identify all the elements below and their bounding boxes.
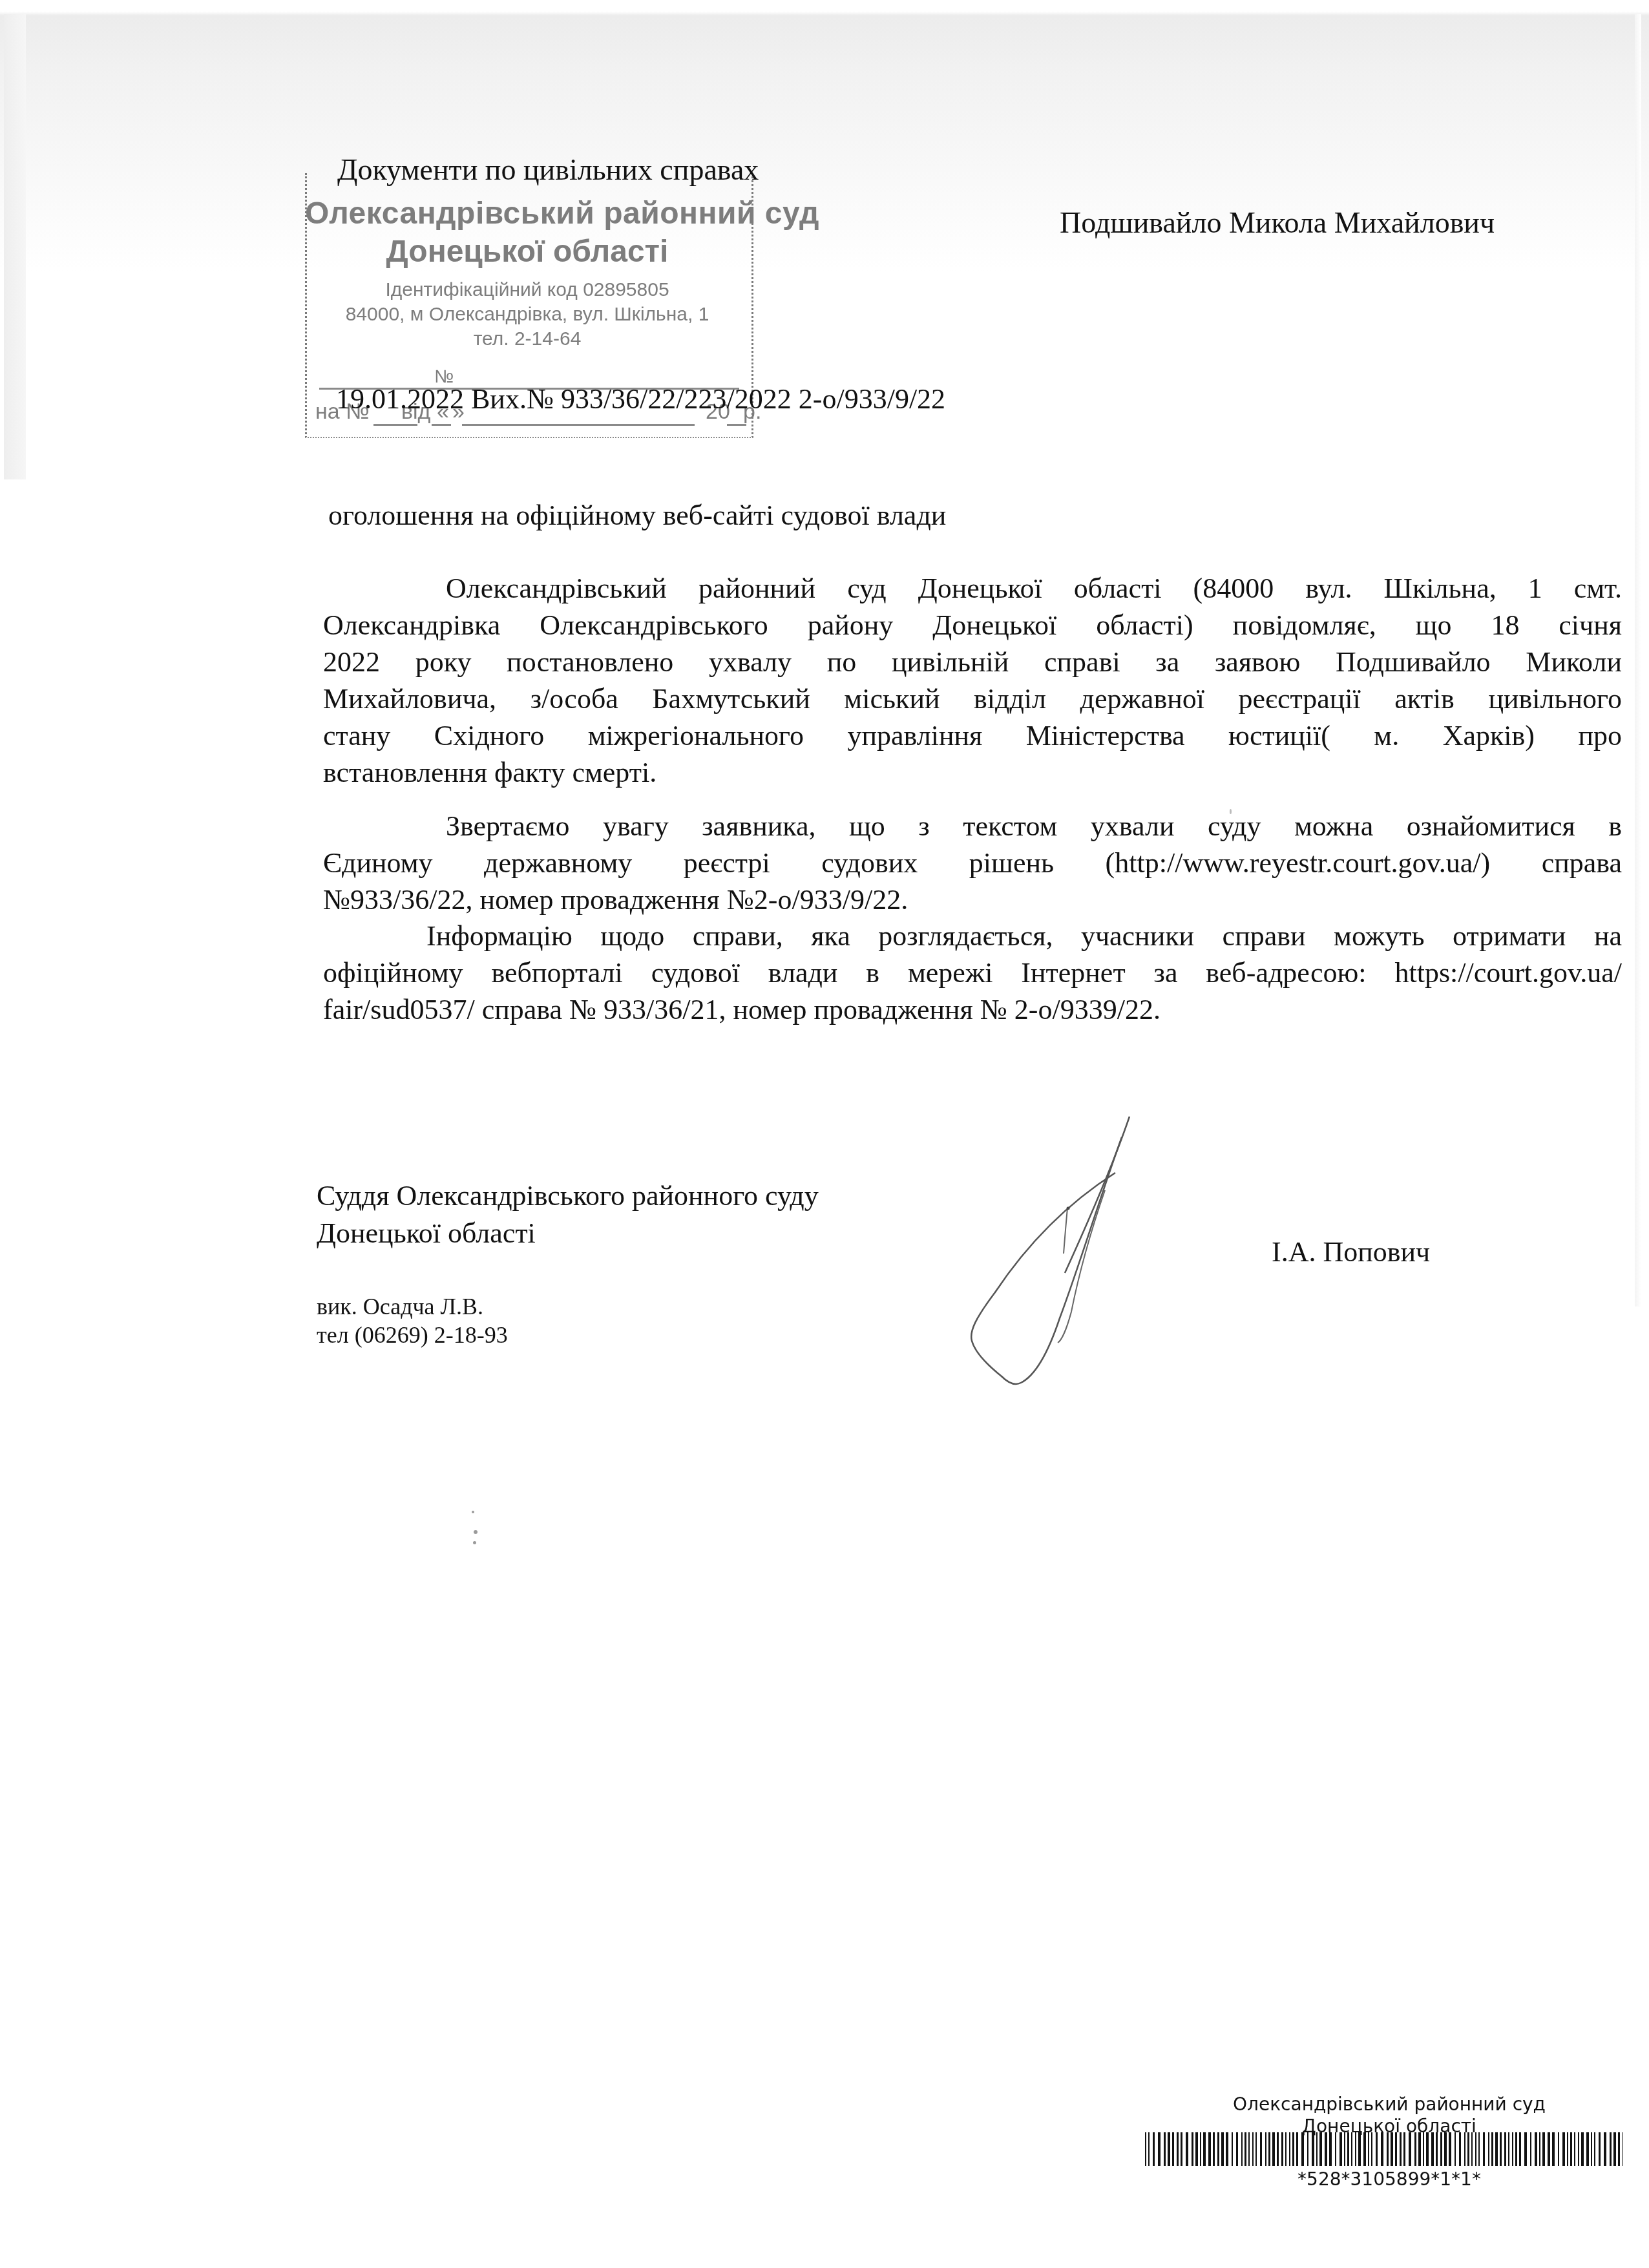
scan-speck [474, 1530, 478, 1534]
paragraph-line: встановлення факту смерті. [323, 754, 1622, 791]
paragraph-registry-notice: Звертаємо увагу заявника, що з текстом у… [323, 808, 1622, 918]
stamp-address: 84000, м Олександрівка, вул. Шкільна, 1 [305, 304, 750, 326]
judge-name: І.А. Попович [1272, 1235, 1430, 1268]
document-category: Документи по цивільних справах [337, 152, 759, 187]
scan-speck [473, 1541, 476, 1544]
judge-title-line: Донецької області [317, 1215, 819, 1252]
judge-title-line: Суддя Олександрівського районного суду [317, 1177, 819, 1215]
announcement-title: оголошення на офіційному веб-сайті судов… [328, 499, 946, 532]
stamp-day-underline [432, 424, 451, 426]
paragraph-line: Олександрівка Олександрівського району Д… [323, 607, 1622, 644]
outgoing-reference: 19.01.2022 Вих.№ 933/36/22/223/2022 2-о/… [336, 383, 945, 415]
paragraph-line: Михайловича, з/особа Бахмутський міський… [323, 680, 1622, 717]
paragraph-line: Звертаємо увагу заявника, що з текстом у… [323, 808, 1622, 845]
scan-speck [1230, 809, 1232, 814]
document-barcode [1145, 2132, 1623, 2166]
recipient-name: Подшивайло Микола Михайлович [1060, 205, 1495, 240]
paragraph-line: Єдиному державному реєстрі судових рішен… [323, 845, 1622, 881]
paragraph-line: Олександрівський районний суд Донецької … [323, 570, 1622, 607]
paragraph-line: стану Східного міжрегіонального управлін… [323, 717, 1622, 754]
judge-title: Суддя Олександрівського районного суду Д… [317, 1177, 819, 1252]
executor-phone: тел (06269) 2-18-93 [317, 1321, 508, 1349]
footer-court-name: Олександрівський районний суд [1137, 2094, 1641, 2115]
scan-speck [472, 1511, 474, 1513]
stamp-id-code: Ідентифікаційний код 02895805 [305, 279, 750, 301]
paragraph-line: 2022 року постановлено ухвалу по цивільн… [323, 644, 1622, 680]
stamp-region: Донецької області [305, 234, 750, 269]
barcode-value: *528*3105899*1*1* [1137, 2168, 1641, 2190]
paragraph-portal-info: Інформацію щодо справи, яка розглядаєтьс… [323, 918, 1622, 1028]
paragraph-decision-notice: Олександрівський районний суд Донецької … [323, 570, 1622, 791]
stamp-month-underline [462, 424, 695, 426]
stamp-phone: тел. 2-14-64 [305, 328, 750, 350]
paragraph-line: офіційному вебпорталі судової влади в ме… [323, 954, 1622, 991]
handwritten-signature [956, 1098, 1538, 1409]
executor-name: вик. Осадча Л.В. [317, 1292, 508, 1321]
paragraph-line: Інформацію щодо справи, яка розглядаєтьс… [323, 918, 1622, 954]
executor-contact: вик. Осадча Л.В. тел (06269) 2-18-93 [317, 1292, 508, 1349]
paragraph-line: fair/sud0537/ справа № 933/36/21, номер … [323, 991, 1622, 1028]
stamp-court-name: Олександрівський районний суд [305, 196, 750, 231]
paragraph-line: №933/36/22, номер провадження №2-о/933/9… [323, 881, 1622, 918]
scan-edge-shadow-left [4, 14, 26, 479]
scan-edge-shadow-right [1635, 14, 1641, 1307]
